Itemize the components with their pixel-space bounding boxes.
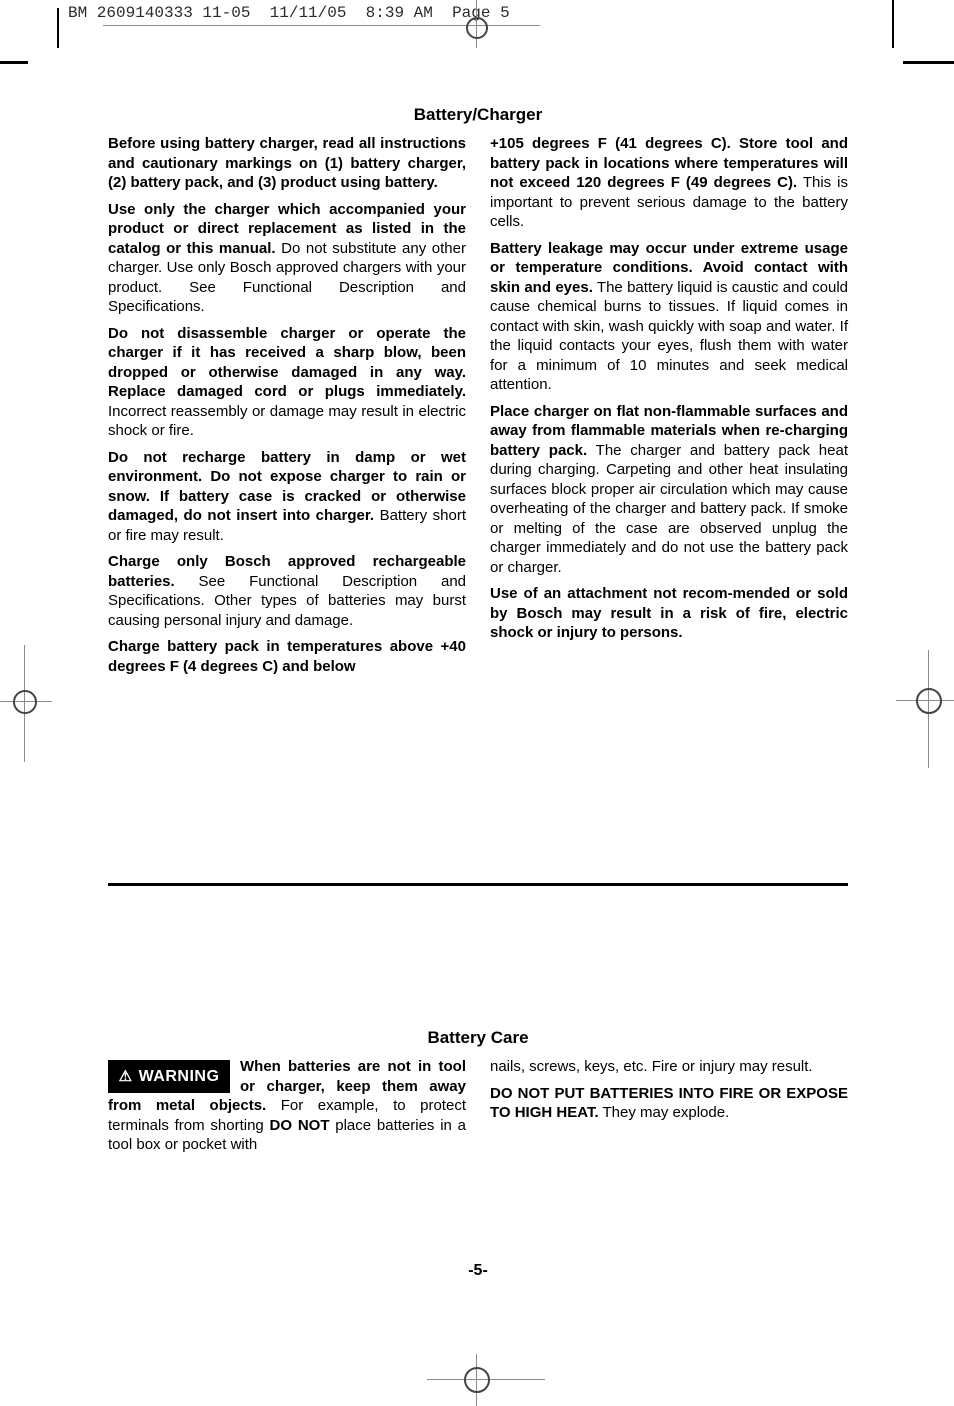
page-number: -5-: [108, 1262, 848, 1280]
bold-text-run: Do not disassemble charger or operate th…: [108, 325, 466, 401]
paragraph: Charge only Bosch approved rechargeable …: [108, 552, 466, 630]
paragraph: Place charger on flat non-flammable surf…: [490, 402, 848, 578]
section-title-battery-charger: Battery/Charger: [108, 105, 848, 125]
crop-mark-top-left-vertical: [57, 8, 59, 48]
section-title-battery-care: Battery Care: [108, 1028, 848, 1048]
text-run: They may explode.: [599, 1104, 730, 1121]
paragraph: Do not recharge battery in damp or wet e…: [108, 448, 466, 546]
paragraph: Battery leakage may occur under extreme …: [490, 239, 848, 395]
paragraph: Use only the charger which accompanied y…: [108, 200, 466, 317]
battery-care-section: Battery Care ⚠ WARNING When batteries ar…: [108, 1028, 848, 1162]
text-run: nails, screws, keys, etc. Fire or injury…: [490, 1058, 813, 1075]
bold-text-run: Before using battery charger, read all i…: [108, 135, 466, 191]
paragraph: Charge battery pack in temperatures abov…: [108, 637, 466, 676]
bold-text-run: +105 degrees F (41 degrees C). Store too…: [490, 135, 848, 191]
bold-text-run: Charge battery pack in temperatures abov…: [108, 638, 466, 675]
registration-mark-right-circle: [916, 688, 942, 714]
battery-charger-left-column: Before using battery charger, read all i…: [108, 134, 466, 683]
crop-mark-top-right-horizontal: [903, 61, 954, 64]
bold-text-run: DO NOT: [270, 1117, 330, 1134]
text-run: Incorrect reassembly or damage may resul…: [108, 403, 466, 440]
registration-mark-top-circle: [466, 17, 488, 39]
proof-header-text: BM 2609140333 11-05 11/11/05 8:39 AM Pag…: [68, 4, 510, 22]
battery-care-right-column: nails, screws, keys, etc. Fire or injury…: [490, 1057, 848, 1162]
paragraph: nails, screws, keys, etc. Fire or injury…: [490, 1057, 848, 1077]
battery-charger-section: Battery/Charger Before using battery cha…: [108, 105, 848, 683]
registration-mark-bottom-circle: [464, 1367, 490, 1393]
crop-mark-top-left-horizontal: [0, 61, 28, 64]
paragraph: Before using battery charger, read all i…: [108, 134, 466, 193]
warning-badge: ⚠ WARNING: [108, 1060, 230, 1093]
registration-mark-left-circle: [13, 690, 37, 714]
text-run: The charger and battery pack heat during…: [490, 442, 848, 576]
battery-charger-right-column: +105 degrees F (41 degrees C). Store too…: [490, 134, 848, 683]
warning-triangle-icon: ⚠: [119, 1069, 133, 1084]
bold-text-run: Use of an attachment not recom-mended or…: [490, 585, 848, 641]
crop-mark-top-right-vertical: [892, 0, 894, 48]
battery-care-left-column: ⚠ WARNING When batteries are not in tool…: [108, 1057, 466, 1162]
paragraph: Use of an attachment not recom-mended or…: [490, 584, 848, 643]
paragraph: +105 degrees F (41 degrees C). Store too…: [490, 134, 848, 232]
warning-label: WARNING: [139, 1068, 220, 1086]
paragraph: Do not disassemble charger or operate th…: [108, 324, 466, 441]
paragraph: DO NOT PUT BATTERIES INTO FIRE OR EXPOSE…: [490, 1084, 848, 1123]
section-divider-rule: [108, 883, 848, 886]
